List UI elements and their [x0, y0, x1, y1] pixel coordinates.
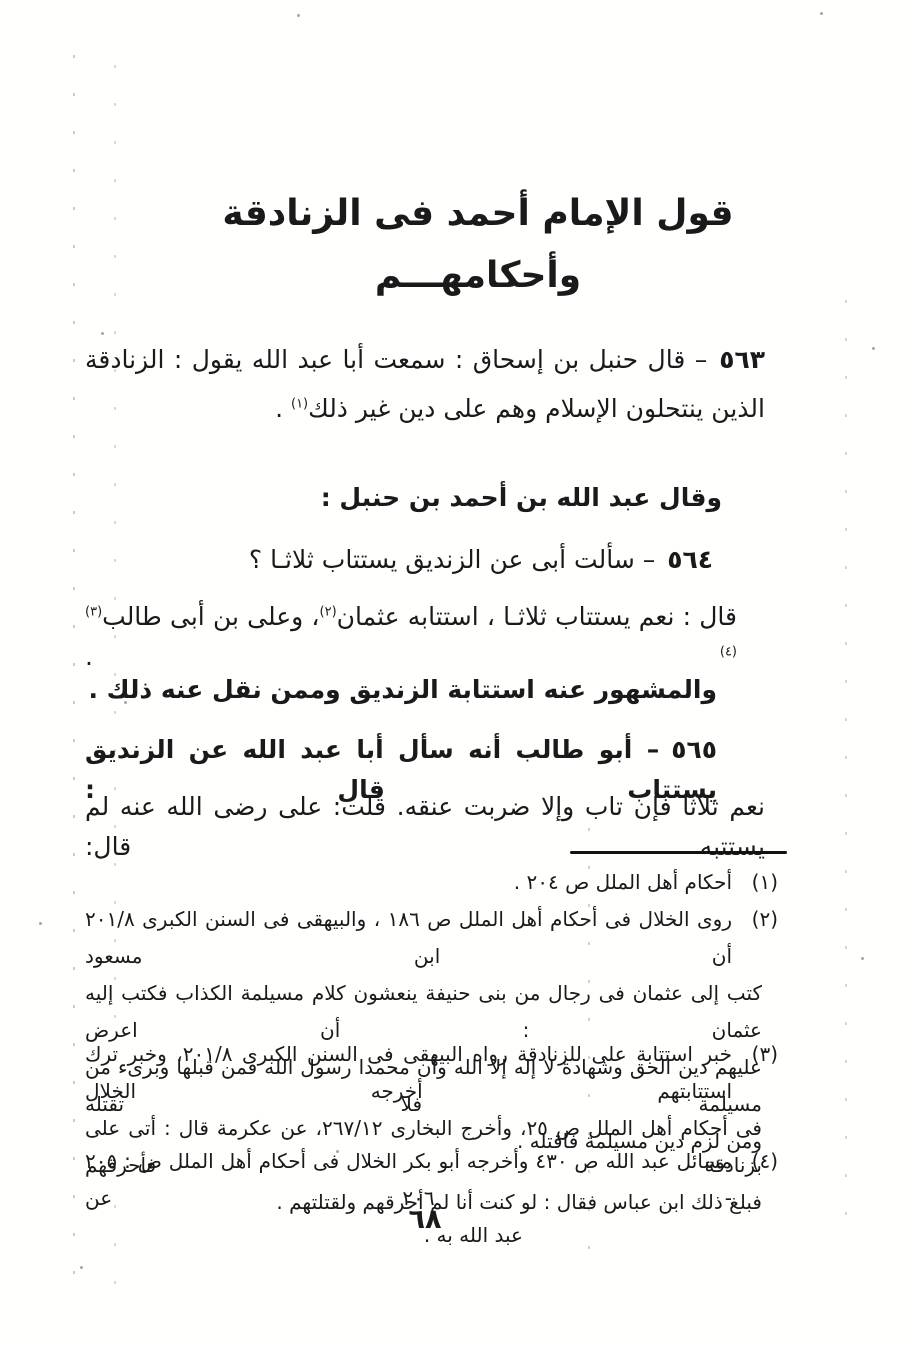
paragraph-564-reply: قال : نعم يستتاب ثلاثـا ، استتابه عثمان(… [85, 597, 765, 677]
paragraph-565-line2: نعم ثلاثا فإن تاب وإلا ضربت عنقه. قلت: ع… [85, 787, 765, 867]
paragraph-563-line2-tail: . [275, 394, 291, 423]
section-heading-abdullah: وقال عبد الله بن أحمد بن حنبل : [85, 478, 765, 518]
chapter-title: قول الإمام أحمد فى الزنادقة وأحكامهـــم [138, 183, 818, 307]
hadith-number-565: ٥٦٥ [671, 735, 717, 764]
dash: – [695, 345, 708, 374]
scan-artifact-dotted-line [73, 55, 75, 1300]
footnote-4: (٤) مسائل عبد الله ص ٤٣٠ وأخرجه أبو بكر … [85, 1143, 778, 1254]
scan-speck [39, 922, 42, 925]
dash: – [647, 735, 660, 764]
chapter-title-line1: قول الإمام أحمد فى الزنادقة [138, 183, 818, 245]
footnote-3-line1: (٣) خبر استتابة على للزنادقة رواه البيهق… [85, 1036, 778, 1110]
footnote-1-marker: (١) [732, 864, 778, 901]
paragraph-563-line2-text: الذين ينتحلون الإسلام وهم على دين غير ذل… [308, 394, 765, 423]
footnote-1-text: أحكام أهل الملل ص ٢٠٤ . [85, 864, 732, 901]
hadith-number-563: ٥٦٣ [719, 345, 765, 374]
scan-speck [861, 957, 864, 960]
hadith-number-564: ٥٦٤ [667, 545, 713, 574]
scan-speck [297, 14, 300, 17]
scan-artifact-dotted-line [845, 300, 847, 1215]
paragraph-563-line1: ٥٦٣– قال حنبل بن إسحاق : سمعت أبا عبد ال… [85, 340, 765, 380]
reply-text-2: ، وعلى بن أبى طالب [102, 602, 319, 631]
scan-speck [80, 1266, 83, 1269]
paragraph-564: ٥٦٤– سألت أبى عن الزنديق يستتاب ثلاثـا ؟ [85, 540, 765, 580]
footnote-separator-rule [570, 851, 787, 854]
page-number: ٦٨ [85, 1204, 765, 1235]
section-heading-mashhur: والمشهور عنه استتابة الزنديق وممن نقل عن… [85, 670, 765, 710]
footnote-2-text: روى الخلال فى أحكام أهل الملل ص ١٨٦ ، وا… [85, 901, 732, 975]
footnote-1-line: (١) أحكام أهل الملل ص ٢٠٤ . [85, 864, 778, 901]
paragraph-564-text: سألت أبى عن الزنديق يستتاب ثلاثـا ؟ [249, 545, 635, 574]
footnote-ref-1: (١) [291, 397, 308, 412]
footnote-3-marker: (٣) [732, 1036, 778, 1110]
scan-speck [101, 332, 104, 335]
reply-text-1: قال : نعم يستتاب ثلاثـا ، استتابه عثمان [337, 602, 737, 631]
scan-speck [820, 12, 823, 15]
footnote-1: (١) أحكام أهل الملل ص ٢٠٤ . [85, 864, 778, 901]
footnote-ref-2: (٢) [320, 605, 337, 620]
paragraph-563-text: قال حنبل بن إسحاق : سمعت أبا عبد الله يق… [85, 345, 685, 374]
chapter-title-line2: وأحكامهـــم [138, 245, 818, 307]
scanned-book-page: قول الإمام أحمد فى الزنادقة وأحكامهـــم … [0, 0, 918, 1353]
footnote-2-marker: (٢) [732, 901, 778, 975]
paragraph-563-line2: الذين ينتحلون الإسلام وهم على دين غير ذل… [85, 389, 765, 429]
footnote-2-line1: (٢) روى الخلال فى أحكام أهل الملل ص ١٨٦ … [85, 901, 778, 975]
scan-speck [872, 347, 875, 350]
footnote-3-text: خبر استتابة على للزنادقة رواه البيهقى فى… [85, 1036, 732, 1110]
reply-text-3: . [85, 642, 720, 671]
dash: – [643, 545, 656, 574]
